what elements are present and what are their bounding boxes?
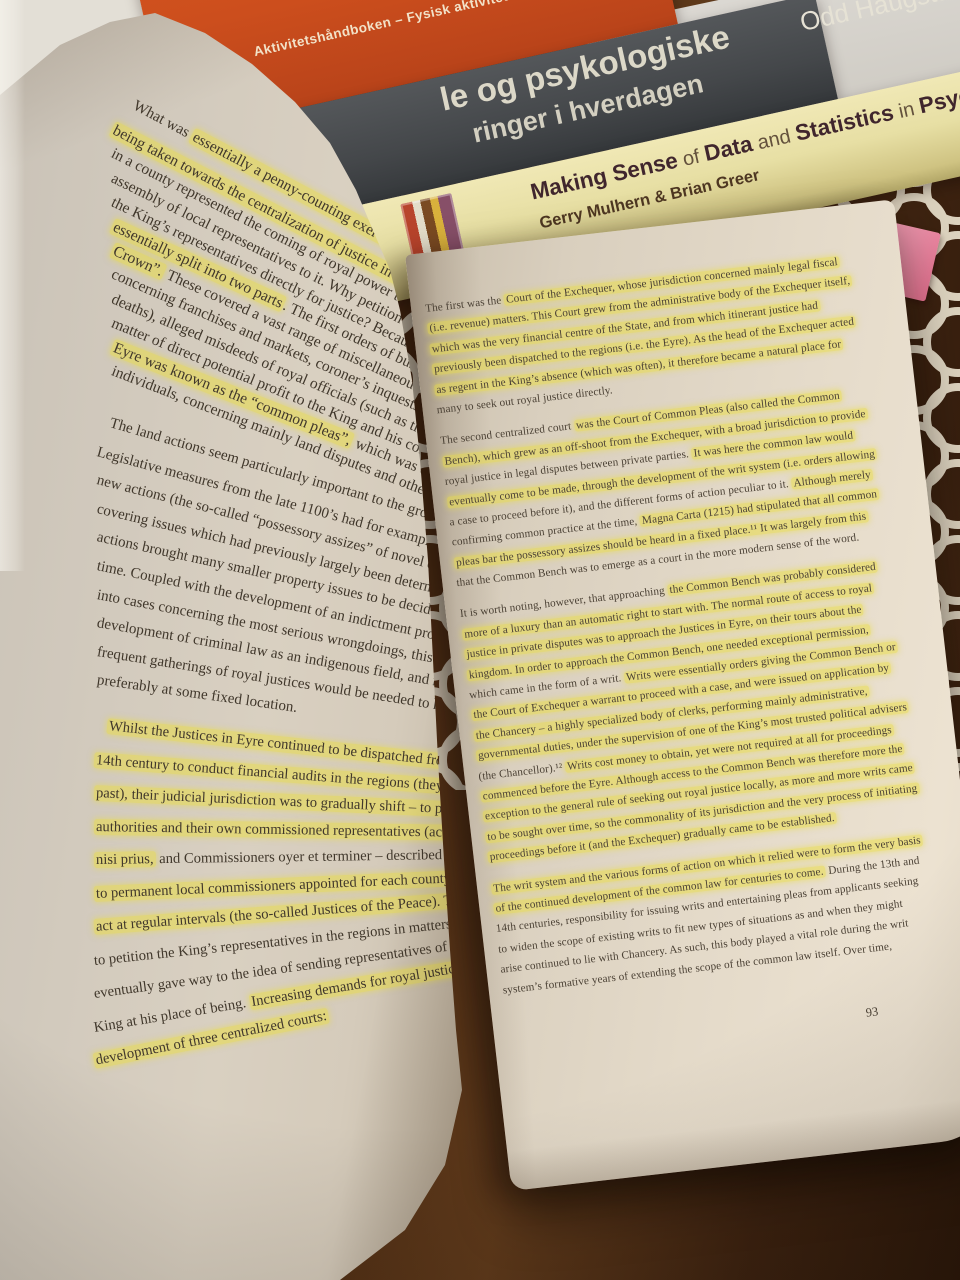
photo-open-book-scene: Aktivitetshåndboken – Fysisk aktivitet i…: [0, 0, 960, 1280]
highlight: nisi prius,: [94, 851, 156, 868]
title-segment: and: [750, 124, 798, 155]
title-segment: Data: [702, 131, 755, 166]
text-line: nisi prius, and Commissioners oyer et te…: [94, 847, 486, 869]
page-number: 93: [865, 1004, 879, 1020]
text-line: authorities and their own commissioned r…: [94, 819, 483, 842]
paragraph: It is worth noting, however, that approa…: [459, 556, 948, 872]
orange-book-title: Aktivitetshåndboken – Fysisk aktivitet i…: [252, 0, 564, 59]
highlight: authorities and their own commissioned r…: [94, 819, 483, 841]
right-page-text: The first was the Court of the Exchequer…: [425, 251, 960, 1016]
title-segment: Statistics: [793, 100, 896, 146]
title-segment: Psychology: [917, 67, 960, 119]
gray-book-author: Odd Haugstad: [797, 0, 960, 38]
